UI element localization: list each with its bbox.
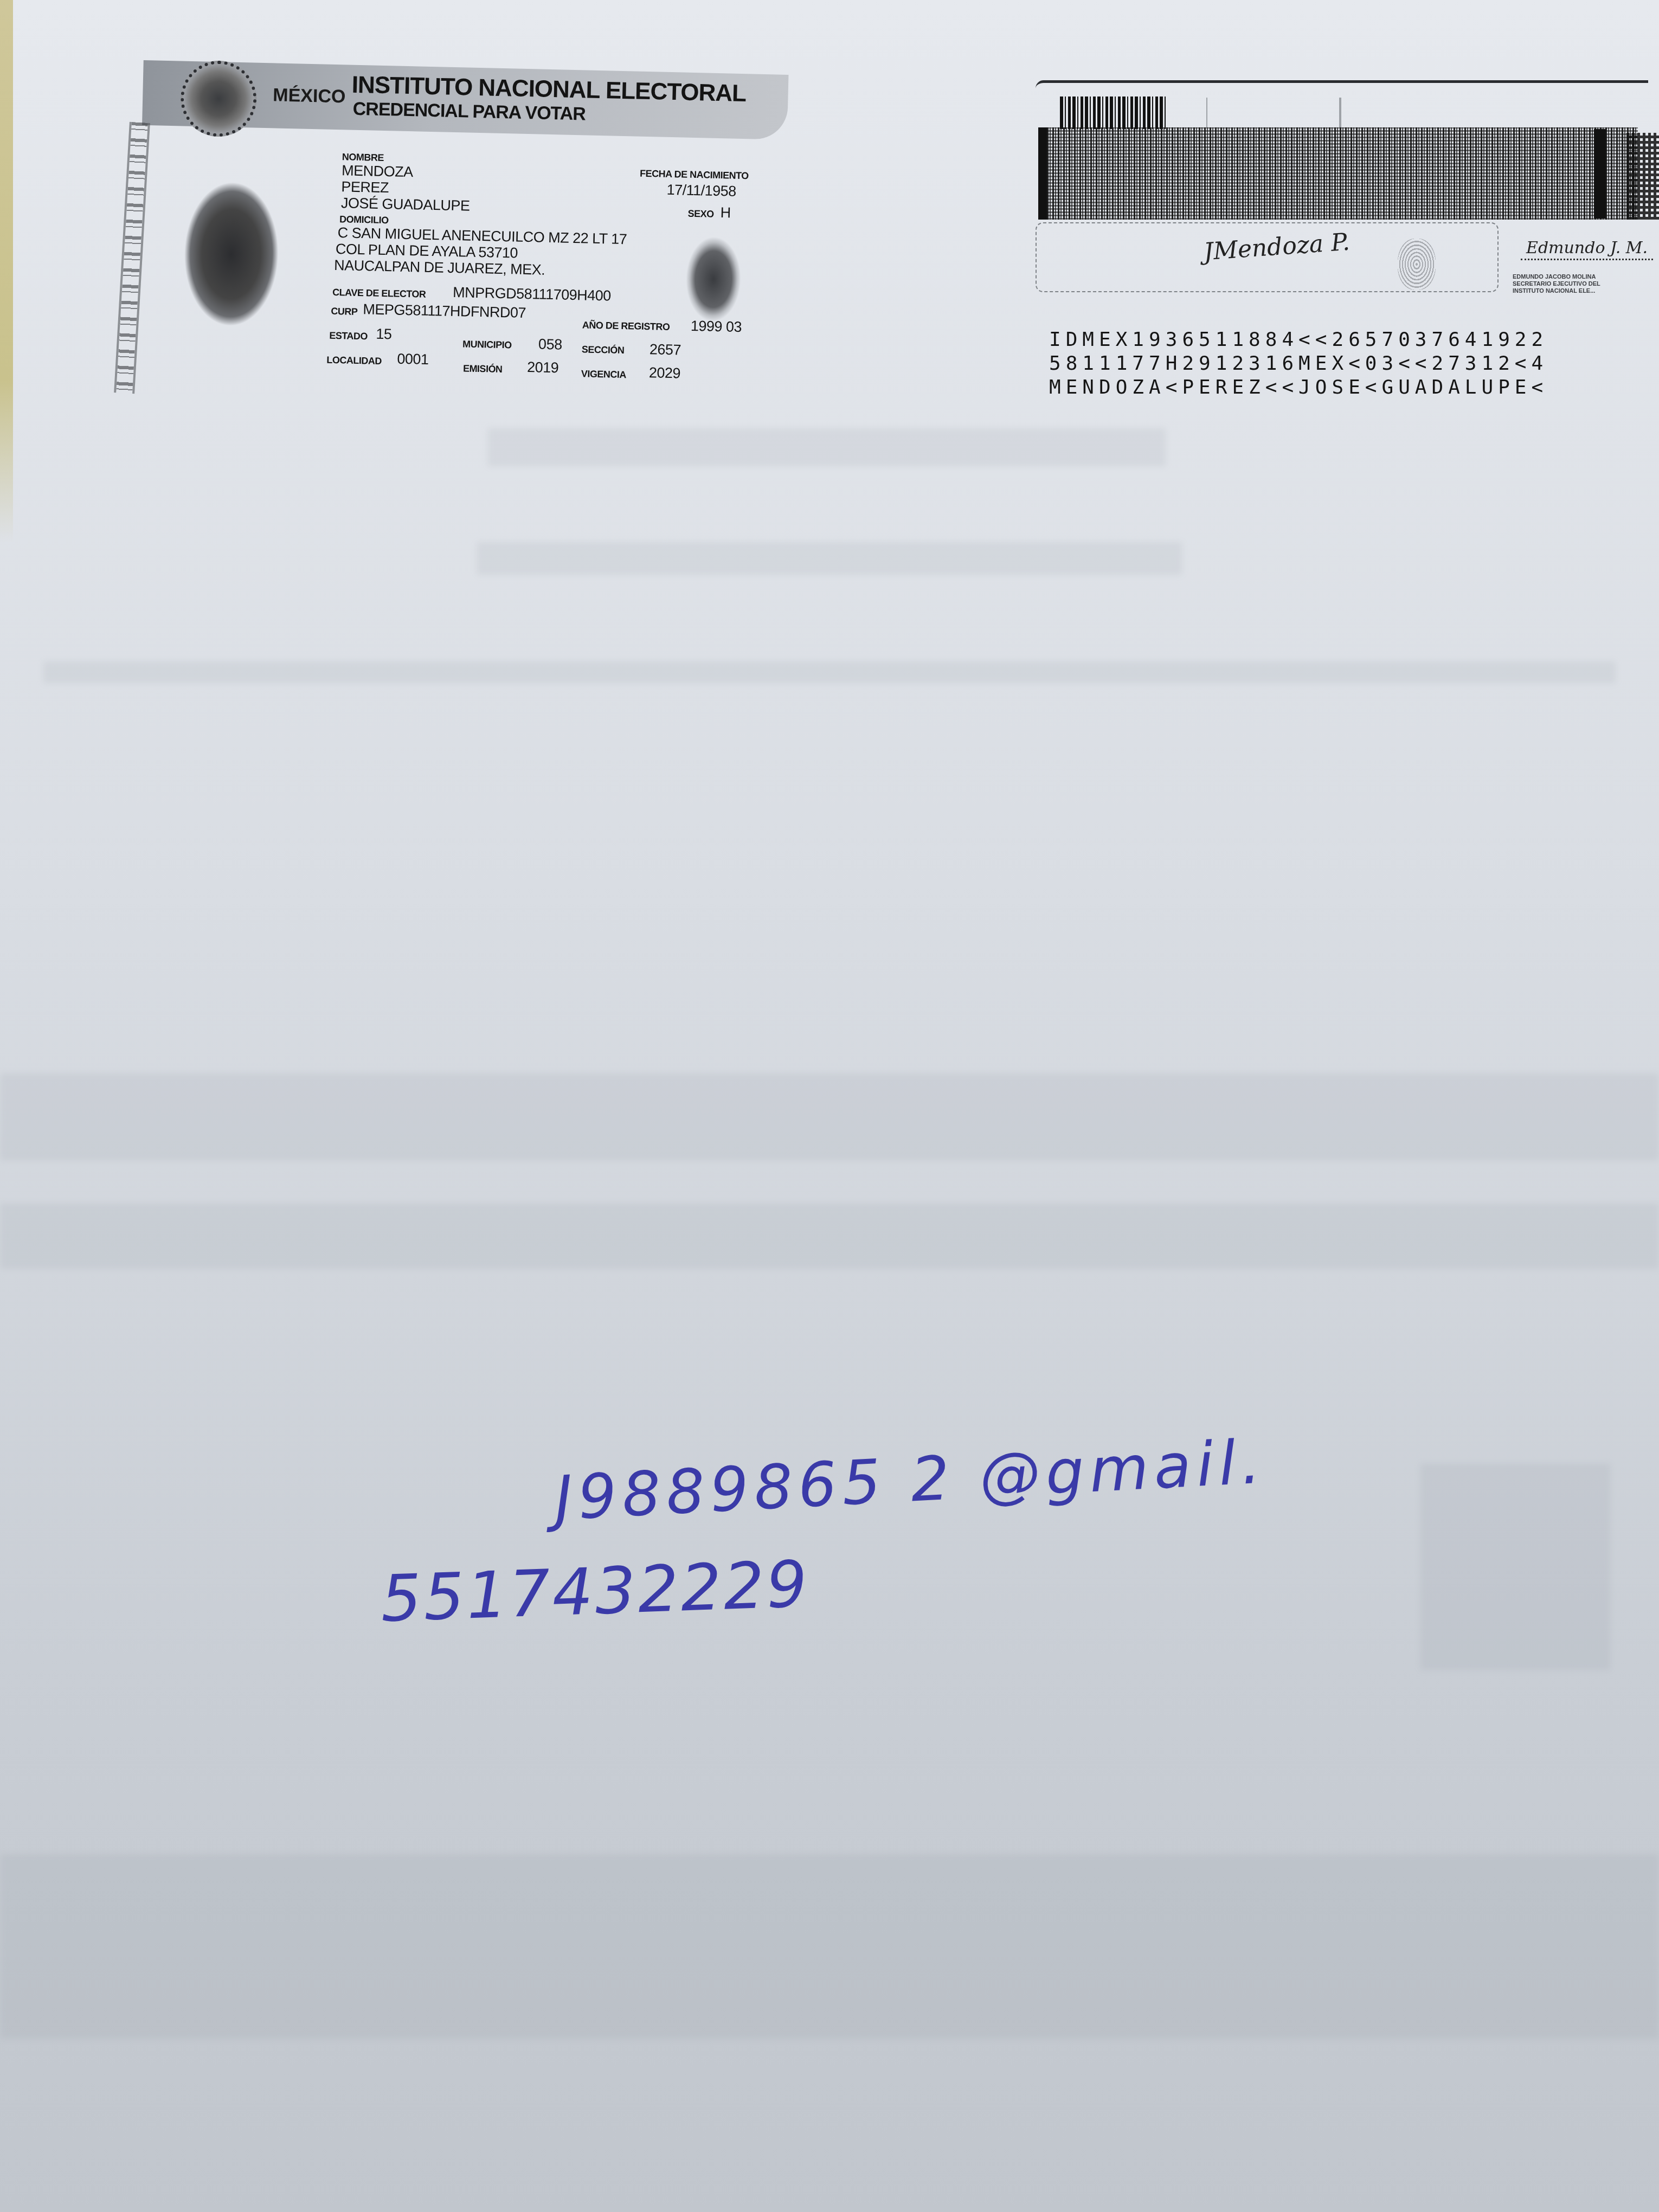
municipio-label: MUNICIPIO [462,338,512,351]
greek-key-border [114,122,150,394]
official-name: EDMUNDO JACOBO MOLINA [1513,274,1600,281]
back-field-divider [1339,98,1341,127]
bleed-through-paragraph [0,1073,1659,1160]
vigencia-value: 2029 [649,364,681,382]
nombre-line-1: MENDOZA [342,162,413,181]
bleed-through-paragraph [0,1854,1659,2039]
sex-value: H [720,204,731,221]
municipio-value: 058 [538,336,562,353]
card-edge [1036,80,1648,88]
birthdate-value: 17/11/1958 [666,182,736,200]
registro-label: AÑO DE REGISTRO [582,319,670,333]
vigencia-label: VIGENCIA [581,368,626,381]
birthdate-label: FECHA DE NACIMIENTO [640,168,749,182]
bleed-through-text [477,542,1182,575]
handwritten-phone: 5517432229 [380,1546,811,1636]
registro-value: 1999 03 [691,318,742,336]
clave-elector-label: CLAVE DE ELECTOR [332,287,426,300]
bleed-through-text [488,428,1166,466]
qr-code-icon [1626,133,1659,220]
seccion-label: SECCIÓN [582,344,625,356]
seccion-value: 2657 [650,341,681,358]
emision-value: 2019 [527,359,559,376]
pdf417-barcode-icon [1038,127,1638,220]
holder-photo [164,175,298,340]
curp-value: MEPG581117HDFNRD07 [363,301,526,321]
localidad-label: LOCALIDAD [326,355,382,367]
page-edge-shadow [0,0,13,542]
machine-readable-zone: IDMEX1936511884<<26570376419225811177H29… [1049,328,1548,400]
id-card-back: JMendoza P. Edmundo J. M. EDMUNDO JACOBO… [1030,76,1659,304]
nombre-line-2: PEREZ [341,178,389,196]
bleed-through-qr [1420,1464,1610,1670]
id-card-front: MÉXICO INSTITUTO NACIONAL ELECTORAL CRED… [114,54,794,416]
nombre-line-3: JOSÉ GUADALUPE [341,195,470,214]
ghost-photo [674,229,753,329]
handwritten-email: J9889865 2 @gmail. [553,1426,1268,1534]
official-title: SECRETARIO EJECUTIVO DEL [1513,281,1600,288]
bleed-through-rule [43,661,1616,683]
fingerprint-icon [1398,239,1436,290]
sex-label: SEXO [687,208,713,220]
curp-label: CURP [331,306,357,318]
localidad-value: 0001 [397,351,429,368]
bleed-through-paragraph [0,1204,1659,1269]
estado-value: 15 [376,326,392,343]
official-signatory-text: EDMUNDO JACOBO MOLINA SECRETARIO EJECUTI… [1513,274,1600,295]
emision-label: EMISIÓN [463,363,503,375]
clave-elector-value: MNPRGD58111709H400 [453,284,611,305]
linear-barcode-icon [1060,97,1166,129]
mrz-line-1: IDMEX1936511884<<2657037641922 [1049,328,1548,352]
mrz-line-2: 5811177H2912316MEX<03<<27312<4 [1049,352,1548,376]
country-label: MÉXICO [273,85,346,107]
official-signature: Edmundo J. M. [1521,239,1653,260]
mrz-line-3: MENDOZA<PEREZ<<JOSE<GUADALUPE< [1049,376,1548,400]
back-field-box [1206,98,1341,127]
official-institution: INSTITUTO NACIONAL ELE... [1513,288,1600,295]
pdf417-stop-pattern [1594,129,1606,218]
estado-label: ESTADO [329,330,368,343]
